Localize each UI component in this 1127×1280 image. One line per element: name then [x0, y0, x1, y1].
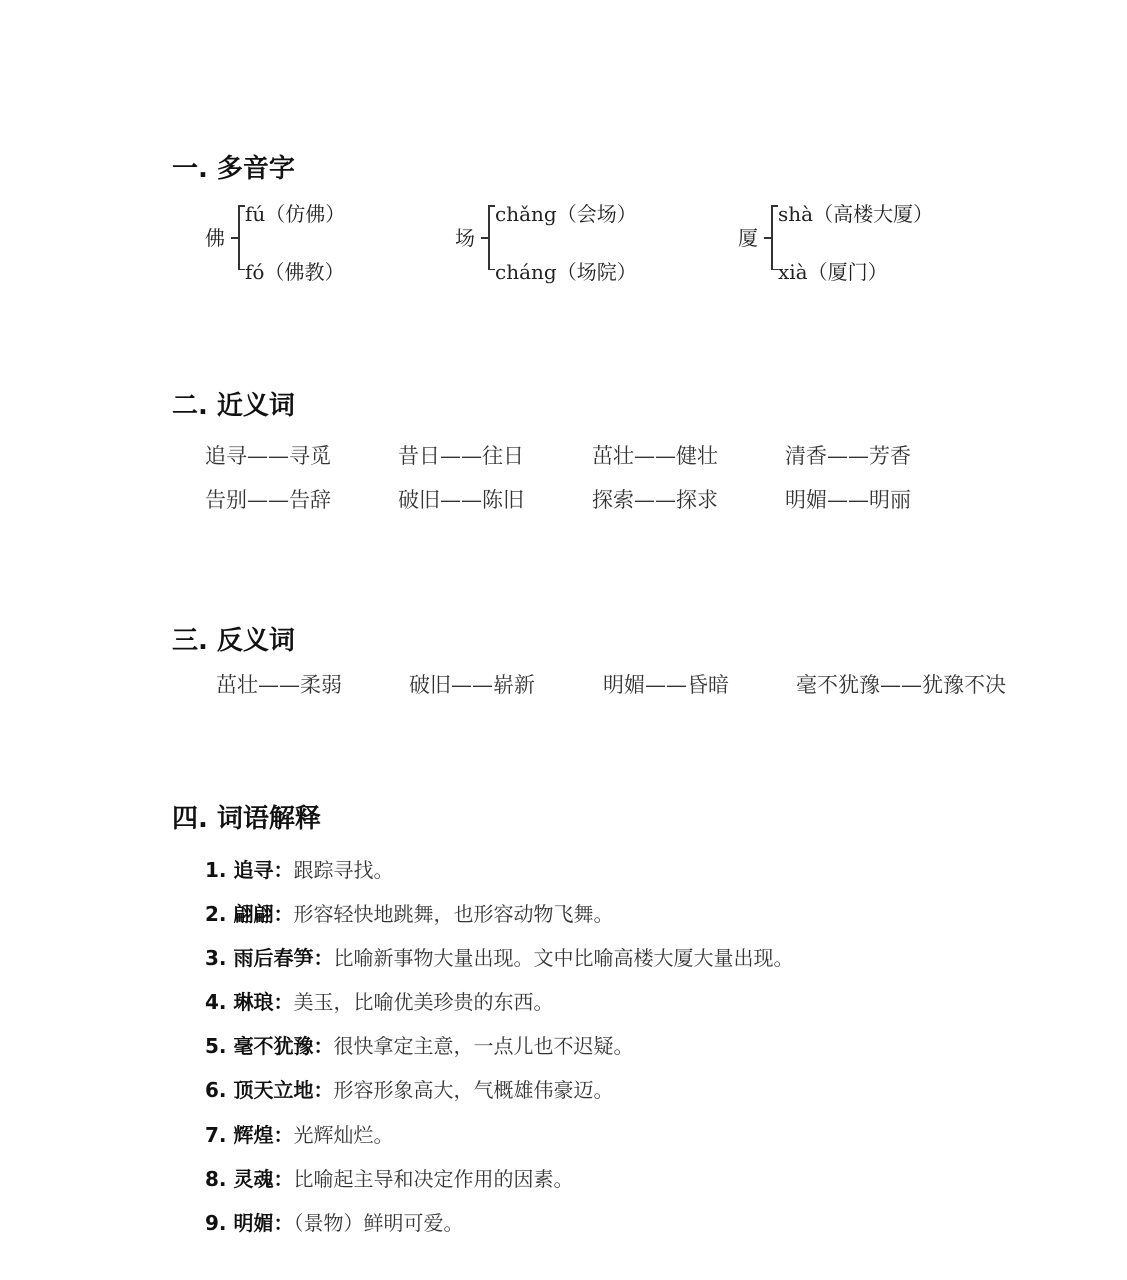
section-heading-polyphones: 一. 多音字 — [172, 148, 295, 185]
polyphone-group: 厦 shà（高楼大厦） xià（厦门） — [738, 198, 998, 278]
polyphone-char: 佛 — [205, 222, 225, 251]
section-heading-antonyms: 三. 反义词 — [172, 620, 295, 657]
antonym-pair: 茁壮——柔弱 — [216, 669, 342, 699]
definition-term: 7. 辉煌： — [205, 1123, 293, 1147]
definition-term: 5. 毫不犹豫： — [205, 1034, 333, 1058]
definition-term: 4. 琳琅： — [205, 990, 293, 1014]
synonym-pair: 破旧——陈旧 — [398, 484, 524, 514]
synonym-pair: 昔日——往日 — [398, 440, 524, 470]
synonym-pair: 明媚——明丽 — [785, 484, 911, 514]
definition-item: 8. 灵魂：比喻起主导和决定作用的因素。 — [205, 1163, 573, 1192]
definition-item: 6. 顶天立地：形容形象高大，气概雄伟豪迈。 — [205, 1074, 613, 1103]
definition-text: 形容轻快地跳舞，也形容动物飞舞。 — [293, 902, 613, 926]
definition-text: 很快拿定主意，一点儿也不迟疑。 — [333, 1034, 633, 1058]
definition-item: 3. 雨后春笋：比喻新事物大量出现。文中比喻高楼大厦大量出现。 — [205, 942, 793, 971]
definition-term: 3. 雨后春笋： — [205, 946, 333, 970]
polyphone-char: 场 — [455, 222, 475, 251]
definition-term: 8. 灵魂： — [205, 1167, 293, 1191]
definition-text: 比喻起主导和决定作用的因素。 — [293, 1167, 573, 1191]
polyphone-reading: shà（高楼大厦） — [778, 198, 933, 227]
synonym-pair: 告别——告辞 — [205, 484, 331, 514]
polyphone-group: 场 chǎng（会场） cháng（场院） — [455, 198, 715, 278]
definition-term: 2. 翩翩： — [205, 902, 293, 926]
antonym-pair: 破旧——崭新 — [409, 669, 535, 699]
definition-text: 光辉灿烂。 — [293, 1123, 393, 1147]
definition-item: 1. 追寻：跟踪寻找。 — [205, 854, 393, 883]
polyphone-reading: fó（佛教） — [245, 256, 344, 285]
definition-item: 2. 翩翩：形容轻快地跳舞，也形容动物飞舞。 — [205, 898, 613, 927]
definition-text: 形容形象高大，气概雄伟豪迈。 — [333, 1078, 613, 1102]
polyphone-reading: cháng（场院） — [495, 256, 637, 285]
antonym-pair: 毫不犹豫——犹豫不决 — [796, 669, 1006, 699]
section-heading-definitions: 四. 词语解释 — [172, 798, 321, 835]
polyphone-reading: xià（厦门） — [778, 256, 888, 285]
synonym-pair: 清香——芳香 — [785, 440, 911, 470]
definition-text: 美玉，比喻优美珍贵的东西。 — [293, 990, 553, 1014]
synonym-pair: 茁壮——健壮 — [592, 440, 718, 470]
polyphone-group: 佛 fú（仿佛） fó（佛教） — [205, 198, 465, 278]
definition-text: 跟踪寻找。 — [293, 858, 393, 882]
synonym-pair: 追寻——寻觅 — [205, 440, 331, 470]
definition-item: 5. 毫不犹豫：很快拿定主意，一点儿也不迟疑。 — [205, 1030, 633, 1059]
definition-term: 6. 顶天立地： — [205, 1078, 333, 1102]
definition-item: 7. 辉煌：光辉灿烂。 — [205, 1119, 393, 1148]
definition-term: 1. 追寻： — [205, 858, 293, 882]
synonym-pair: 探索——探求 — [592, 484, 718, 514]
definition-text: （景物）鲜明可爱。 — [293, 1211, 463, 1235]
polyphone-reading: fú（仿佛） — [245, 198, 345, 227]
definition-item: 4. 琳琅：美玉，比喻优美珍贵的东西。 — [205, 986, 553, 1015]
section-heading-synonyms: 二. 近义词 — [172, 385, 295, 422]
definition-text: 比喻新事物大量出现。文中比喻高楼大厦大量出现。 — [333, 946, 793, 970]
polyphone-reading: chǎng（会场） — [495, 198, 637, 227]
polyphone-char: 厦 — [738, 222, 758, 251]
definition-term: 9. 明媚： — [205, 1211, 293, 1235]
antonym-pair: 明媚——昏暗 — [603, 669, 729, 699]
definition-item: 9. 明媚：（景物）鲜明可爱。 — [205, 1207, 463, 1236]
